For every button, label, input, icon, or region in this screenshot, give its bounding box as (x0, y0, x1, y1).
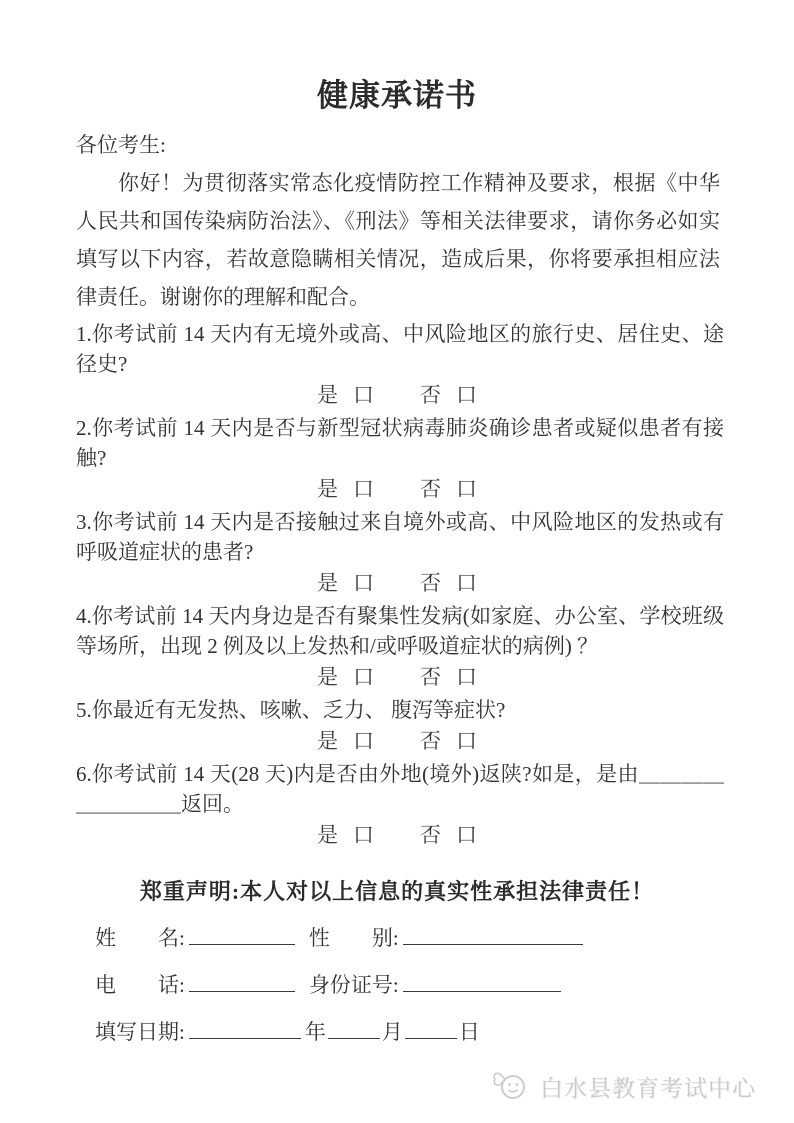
month-blank-year[interactable] (328, 1018, 380, 1039)
day-label: 日 (459, 1020, 480, 1044)
form-row-phone-id: 电 话:身份证号: (95, 969, 720, 1002)
no-checkbox[interactable]: 口 (456, 665, 477, 689)
document-page: 健康承诺书 各位考生: 你好！为贯彻落实常态化疫情防控工作精神及要求，根据《中华… (0, 0, 794, 1123)
month-label: 月 (382, 1020, 403, 1044)
declaration-statement: 郑重声明:本人对以上信息的真实性承担法律责任！ (30, 876, 764, 908)
yes-no-row-6: 是口否口 (0, 820, 794, 850)
org-name: 白水县教育考试中心 (540, 1070, 756, 1103)
page-title: 健康承诺书 (0, 0, 794, 116)
no-checkbox[interactable]: 口 (456, 729, 477, 753)
no-checkbox[interactable]: 口 (456, 383, 477, 407)
intro-paragraph: 你好！为贯彻落实常态化疫情防控工作精神及要求，根据《中华人民共和国传染病防治法》… (76, 164, 720, 316)
yes-label: 是 (317, 383, 338, 407)
year-label: 年 (305, 1020, 326, 1044)
no-label: 否 (420, 729, 441, 753)
no-label: 否 (420, 477, 441, 501)
yes-no-row-3: 是口否口 (0, 568, 794, 598)
date-blank[interactable] (189, 1018, 301, 1039)
day-blank-month[interactable] (405, 1018, 457, 1039)
yes-checkbox[interactable]: 口 (353, 477, 374, 501)
yes-no-row-5: 是口否口 (0, 726, 794, 756)
yes-checkbox[interactable]: 口 (353, 729, 374, 753)
no-label: 否 (420, 571, 441, 595)
no-checkbox[interactable]: 口 (456, 823, 477, 847)
question-5: 5.你最近有无发热、咳嗽、乏力、 腹泻等症状? (76, 695, 724, 725)
question-3: 3.你考试前 14 天内是否接触过来自境外或高、中风险地区的发热或有呼吸道症状的… (76, 507, 724, 567)
no-label: 否 (420, 823, 441, 847)
phone-blank[interactable] (189, 971, 295, 992)
yes-label: 是 (317, 477, 338, 501)
yes-checkbox[interactable]: 口 (353, 571, 374, 595)
yes-no-row-4: 是口否口 (0, 662, 794, 692)
phone-label: 电 话: (95, 973, 185, 997)
question-6: 6.你考试前 14 天(28 天)内是否由外地(境外)返陕?如是，是由＿＿＿＿＿… (76, 759, 724, 819)
question-4: 4.你考试前 14 天内身边是否有聚集性发病(如家庭、办公室、学校班级等场所，出… (76, 601, 724, 661)
footer-watermark: 白水县教育考试中心 (490, 1070, 756, 1103)
yes-label: 是 (317, 729, 338, 753)
no-label: 否 (420, 383, 441, 407)
date-label: 填写日期: (95, 1020, 185, 1044)
id-blank[interactable] (403, 971, 561, 992)
yes-checkbox[interactable]: 口 (353, 665, 374, 689)
org-logo-icon (490, 1071, 532, 1103)
yes-no-row-2: 是口否口 (0, 474, 794, 504)
yes-checkbox[interactable]: 口 (353, 823, 374, 847)
name-blank[interactable] (189, 924, 295, 945)
no-checkbox[interactable]: 口 (456, 571, 477, 595)
yes-checkbox[interactable]: 口 (353, 383, 374, 407)
no-checkbox[interactable]: 口 (456, 477, 477, 501)
question-2: 2.你考试前 14 天内是否与新型冠状病毒肺炎确诊患者或疑似患者有接触? (76, 413, 724, 473)
yes-label: 是 (317, 665, 338, 689)
question-1: 1.你考试前 14 天内有无境外或高、中风险地区的旅行史、居住史、途径史? (76, 319, 724, 379)
yes-label: 是 (317, 823, 338, 847)
yes-no-row-1: 是口否口 (0, 380, 794, 410)
no-label: 否 (420, 665, 441, 689)
gender-blank[interactable] (403, 924, 583, 945)
form-row-date: 填写日期:年月日 (95, 1016, 720, 1049)
id-label: 身份证号: (309, 973, 399, 997)
yes-label: 是 (317, 571, 338, 595)
gender-label: 性 别: (309, 926, 399, 950)
salutation: 各位考生: (76, 130, 720, 160)
form-row-name-gender: 姓 名:性 别: (95, 922, 720, 955)
name-label: 姓 名: (95, 926, 185, 950)
